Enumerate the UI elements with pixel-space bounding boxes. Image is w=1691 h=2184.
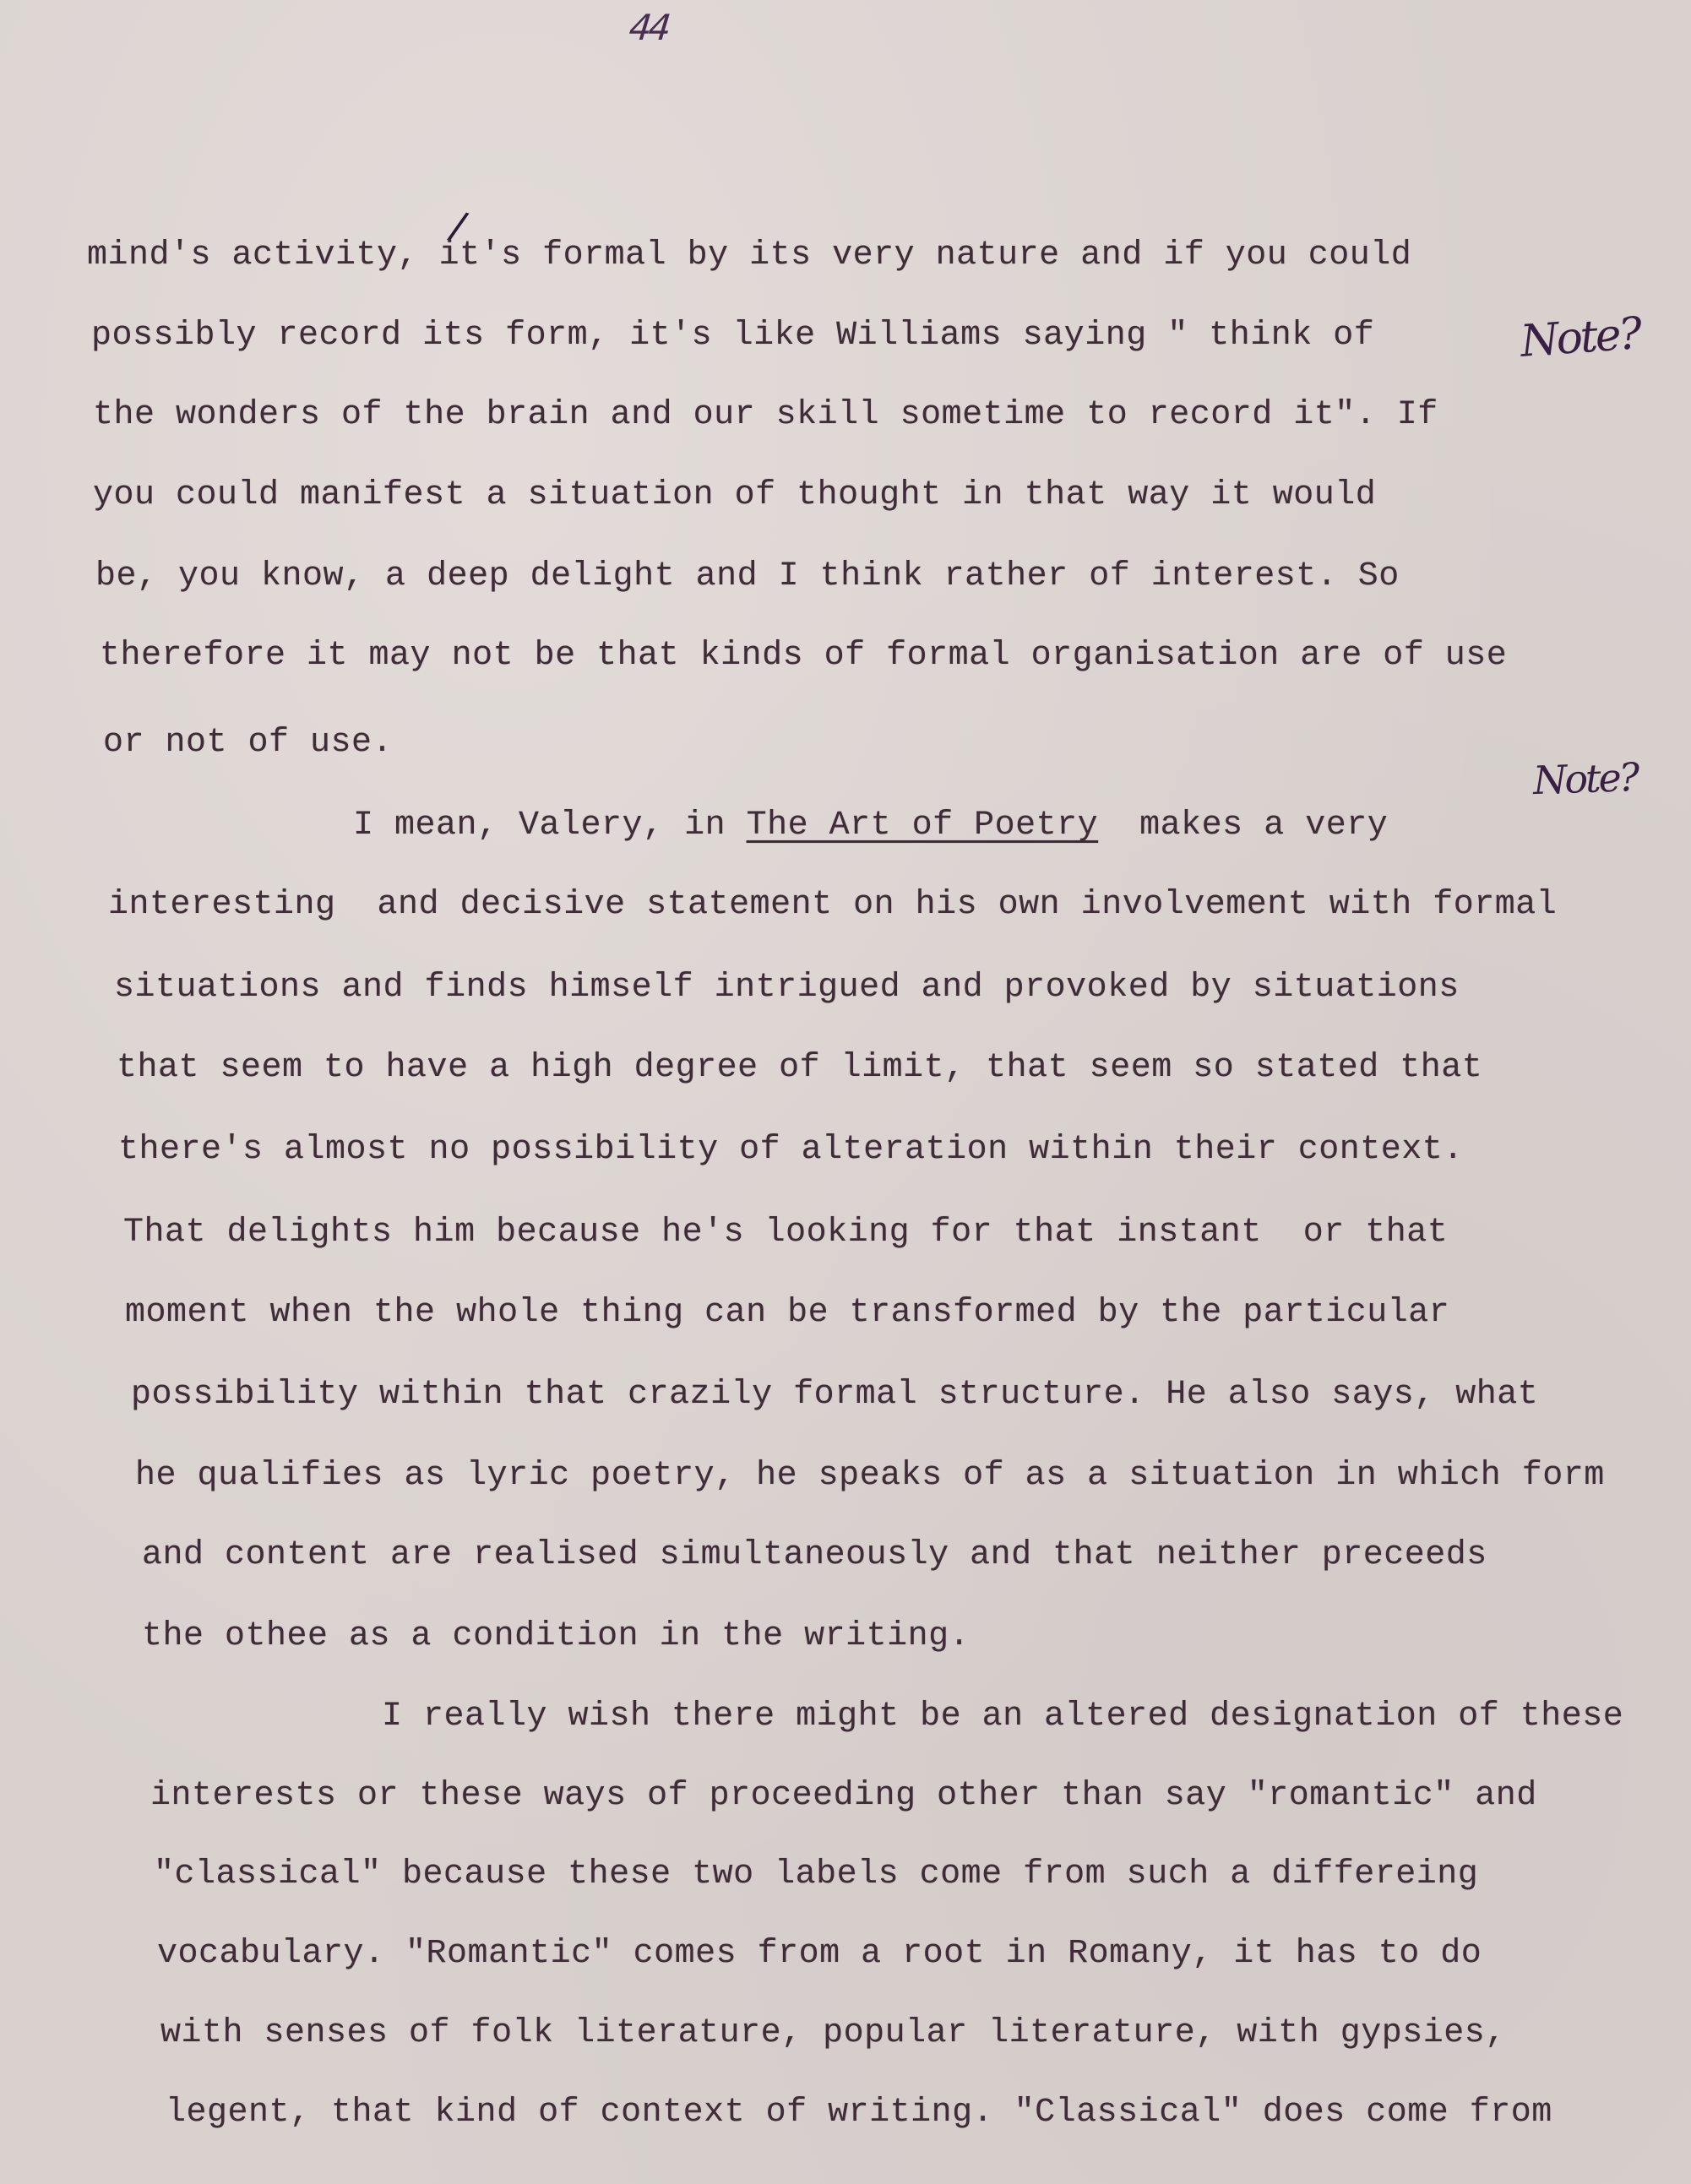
book-title-underlined: The Art of Poetry — [747, 807, 1099, 845]
text-line-2: possibly record its form, it's like Will… — [91, 319, 1374, 353]
line-8-lead: I mean, Valery, in — [353, 807, 747, 845]
text-line-22: vocabulary. "Romantic" comes from a root… — [157, 1937, 1482, 1971]
text-line-3: the wonders of the brain and our skill s… — [93, 399, 1438, 432]
page-number: 44 — [627, 7, 670, 48]
text-line-14: moment when the whole thing can be trans… — [125, 1296, 1449, 1330]
text-line-1: mind's activity, it's formal by its very… — [87, 239, 1411, 273]
text-line-8: I mean, Valery, in The Art of Poetry mak… — [353, 809, 1388, 843]
text-line-11: that seem to have a high degree of limit… — [117, 1051, 1482, 1085]
text-line-17: and content are realised simultaneously … — [142, 1539, 1487, 1573]
text-line-4: you could manifest a situation of though… — [93, 479, 1376, 513]
text-line-6: therefore it may not be that kinds of fo… — [100, 639, 1507, 673]
text-line-19: I really wish there might be an altered … — [382, 1700, 1623, 1734]
typescript-page: 44 / mind's activity, it's formal by its… — [0, 0, 1691, 2184]
text-line-7: or not of use. — [103, 726, 393, 760]
text-line-18: the othee as a condition in the writing. — [142, 1620, 970, 1654]
text-line-12: there's almost no possibility of alterat… — [118, 1133, 1464, 1167]
text-line-24: legent, that kind of context of writing.… — [166, 2096, 1552, 2130]
handwritten-margin-note: Note? — [1519, 308, 1641, 367]
handwritten-margin-note: Note? — [1532, 754, 1638, 803]
text-line-21: "classical" because these two labels com… — [154, 1858, 1478, 1892]
text-line-13: That delights him because he's looking f… — [123, 1216, 1448, 1250]
text-line-10: situations and finds himself intrigued a… — [114, 971, 1460, 1005]
text-line-15: possibility within that crazily formal s… — [131, 1378, 1538, 1412]
line-8-tail: makes a very — [1098, 807, 1388, 845]
text-line-5: be, you know, a deep delight and I think… — [95, 560, 1400, 594]
text-line-23: with senses of folk literature, popular … — [160, 2017, 1506, 2051]
text-line-16: he qualifies as lyric poetry, he speaks … — [135, 1459, 1605, 1493]
text-line-9: interesting and decisive statement on hi… — [108, 888, 1557, 922]
text-line-20: interests or these ways of proceeding ot… — [150, 1779, 1537, 1813]
